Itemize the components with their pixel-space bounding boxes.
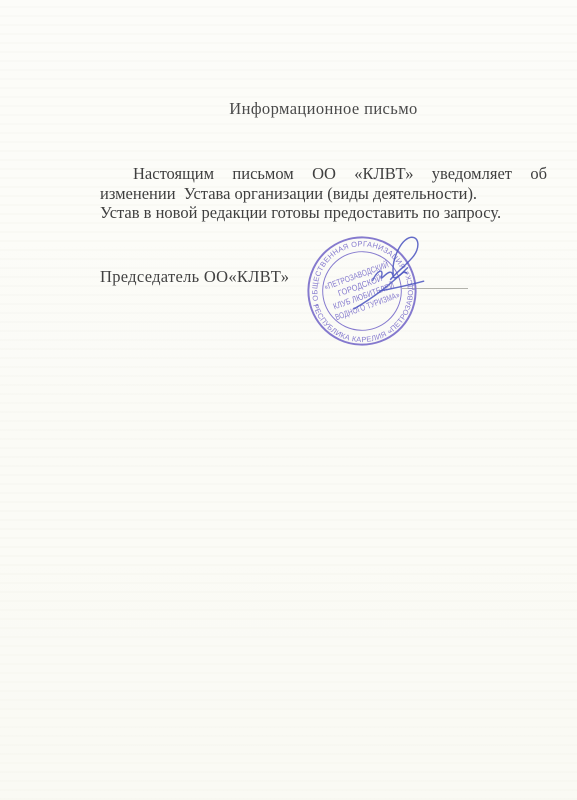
chairman-line: Председатель ОО«КЛВТ» — [100, 267, 289, 287]
organization-stamp: • ОБЩЕСТВЕННАЯ ОРГАНИЗАЦИЯ • РЕСПУБЛИКА … — [295, 224, 429, 358]
letter-body-line3: Устав в новой редакции готовы предостави… — [100, 203, 547, 223]
letter-body: Настоящим письмом ОО «КЛВТ» уведомляет о… — [100, 164, 547, 223]
letter-page: Информационное письмо Настоящим письмом … — [0, 0, 577, 800]
letter-body-line1: Настоящим письмом ОО «КЛВТ» уведомляет о… — [100, 164, 547, 184]
stamp-rotated-group: • ОБЩЕСТВЕННАЯ ОРГАНИЗАЦИЯ • РЕСПУБЛИКА … — [295, 224, 429, 358]
letter-title: Информационное письмо — [100, 99, 547, 119]
stamp-svg: • ОБЩЕСТВЕННАЯ ОРГАНИЗАЦИЯ • РЕСПУБЛИКА … — [295, 224, 429, 358]
letter-body-line2: изменении Устава организации (виды деяте… — [100, 184, 547, 204]
